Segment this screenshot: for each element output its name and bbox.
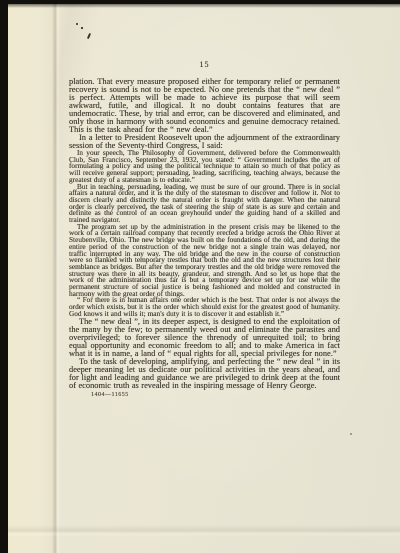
page-content: 15 plation. That every measure proposed … [69, 60, 340, 398]
page-number: 15 [69, 60, 340, 69]
paragraph: To the task of developing, amplifying, a… [69, 358, 340, 390]
scanned-book-page: 15 plation. That every measure proposed … [0, 0, 400, 553]
quoted-paragraph: In your speech, The Philosophy of Govern… [69, 150, 340, 184]
page-fold-crease [52, 4, 60, 553]
paragraph: The “ new deal ”, in its deeper aspect, … [69, 318, 340, 358]
book-top-edge-shadow [8, 4, 400, 8]
ink-speck [350, 433, 352, 435]
quoted-paragraph: “ For there is in human affairs one orde… [69, 297, 340, 317]
previous-page-edge [8, 4, 54, 553]
page-bottom-crease [8, 525, 400, 537]
paragraph: plation. That every measure proposed eit… [69, 78, 340, 134]
quoted-paragraph: But in teaching, persuading, leading, we… [69, 184, 340, 224]
ink-speck [76, 23, 78, 25]
quoted-paragraph: The program set up by the administration… [69, 224, 340, 298]
print-code: 1404—11655 [69, 392, 340, 398]
ink-speck [81, 27, 83, 29]
